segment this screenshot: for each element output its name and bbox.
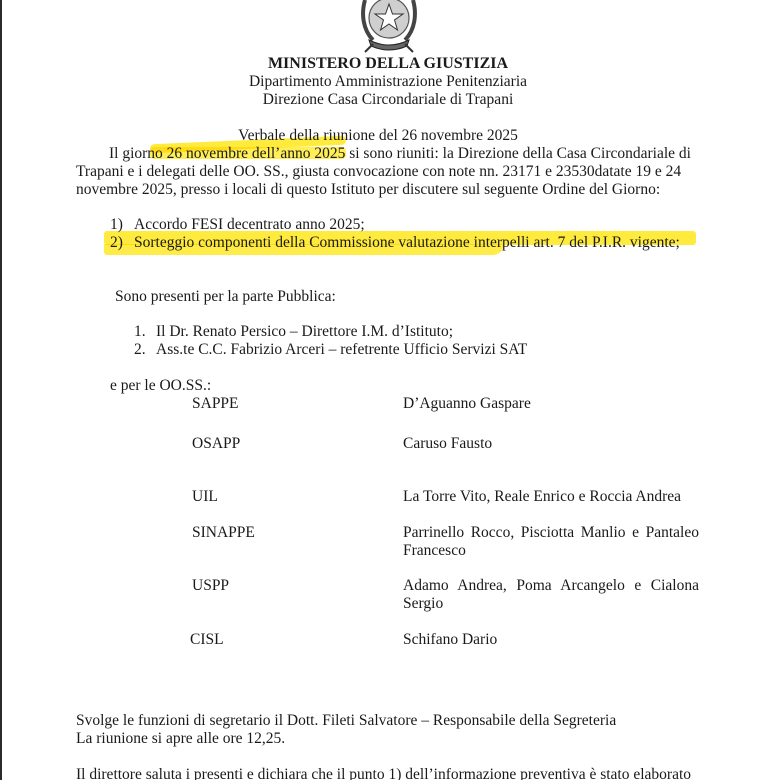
italian-republic-emblem-icon	[355, 0, 423, 54]
department-name: Dipartimento Amministrazione Penitenziar…	[0, 73, 769, 91]
union-name: SINAPPE	[192, 524, 255, 542]
union-delegates-cont: Francesco	[403, 542, 466, 560]
agenda-item-2-text: Sorteggio componenti della Commissione v…	[134, 234, 680, 252]
union-delegates: Parrinello Rocco, Pisciotta Manlio e Pan…	[403, 524, 699, 542]
opening-time-line: La riunione si apre alle ore 12,25.	[76, 730, 285, 748]
union-delegates: Schifano Dario	[403, 631, 497, 649]
agenda-item-2-number: 2)	[110, 234, 123, 252]
union-delegates: Adamo Andrea, Poma Arcangelo e Cialona	[403, 577, 699, 595]
union-name: USPP	[192, 577, 229, 595]
document-page: MINISTERO DELLA GIUSTIZIA Dipartimento A…	[0, 0, 769, 780]
union-delegates-cont: Sergio	[403, 595, 443, 613]
directorate-name: Direzione Casa Circondariale di Trapani	[0, 91, 769, 109]
union-delegates: D’Aguanno Gaspare	[403, 395, 531, 413]
union-name: UIL	[192, 488, 218, 506]
agenda-item-1-text: Accordo FESI decentrato anno 2025;	[134, 216, 365, 234]
secretary-line: Svolge le funzioni di segretario il Dott…	[76, 712, 616, 730]
union-name: CISL	[190, 631, 224, 649]
public-party-label: Sono presenti per la parte Pubblica:	[115, 288, 336, 306]
document-title: Verbale della riunione del 26 novembre 2…	[0, 127, 766, 145]
public-party-1-text: Il Dr. Renato Persico – Direttore I.M. d…	[156, 323, 453, 341]
public-party-2-number: 2.	[134, 341, 146, 359]
union-name: SAPPE	[192, 395, 239, 413]
intro-line-1: Il giorno 26 novembre dell’anno 2025 si …	[109, 145, 691, 163]
agenda-item-1-number: 1)	[110, 216, 123, 234]
ministry-title: MINISTERO DELLA GIUSTIZIA	[0, 55, 769, 73]
union-delegates: La Torre Vito, Reale Enrico e Roccia And…	[403, 488, 681, 506]
closing-paragraph-partial: Il direttore saluta i presenti e dichiar…	[76, 766, 691, 780]
intro-line-3: novembre 2025, presso i locali di questo…	[76, 181, 660, 199]
union-name: OSAPP	[192, 435, 240, 453]
unions-label: e per le OO.SS.:	[110, 377, 211, 395]
union-delegates: Caruso Fausto	[403, 435, 492, 453]
public-party-1-number: 1.	[134, 323, 146, 341]
public-party-2-text: Ass.te C.C. Fabrizio Arceri – refetrente…	[156, 341, 527, 359]
intro-line-2: Trapani e i delegati delle OO. SS., gius…	[76, 163, 681, 181]
